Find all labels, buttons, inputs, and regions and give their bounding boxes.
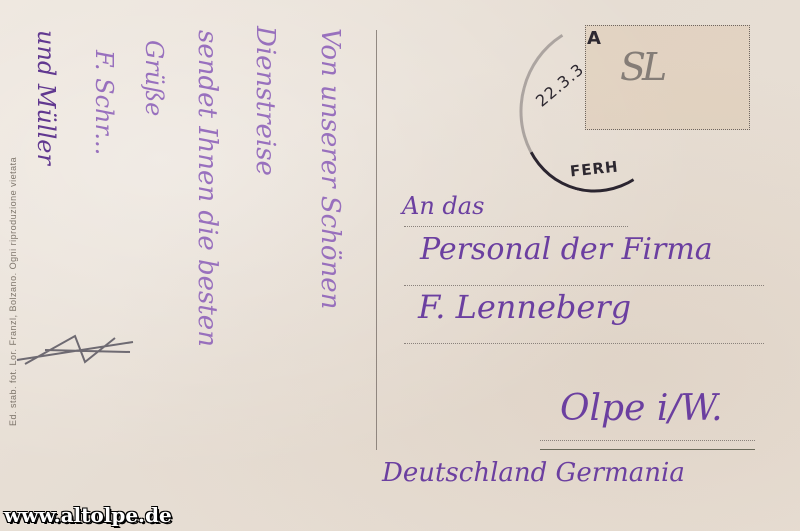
message-line-1: Von unserer Schönen: [315, 28, 345, 309]
address-line-4: Olpe i/W.: [560, 388, 723, 429]
address-line-1: An das: [402, 192, 484, 220]
center-divider-line: [376, 30, 377, 450]
postcard-back: Ed. stab. fot. Lor. Franzl, Bolzano. Ogn…: [0, 0, 800, 531]
address-line-3: F. Lenneberg: [418, 288, 631, 326]
address-rule-4: [540, 440, 755, 441]
message-line-4: Grüße: [140, 40, 168, 116]
message-line-2: Dienstreise: [250, 26, 280, 176]
postmark-top-text: A: [587, 28, 601, 49]
address-rule-3: [404, 343, 764, 344]
address-rule-2: [404, 285, 764, 286]
watermark-url: www.altolpe.de: [4, 503, 172, 527]
message-line-3: sendet Ihnen die besten: [192, 30, 222, 347]
signature-scribble-icon: [15, 330, 135, 370]
message-line-6: und Müller: [32, 30, 60, 165]
address-line-5: Deutschland Germania: [382, 458, 685, 488]
address-line-2: Personal der Firma: [420, 232, 713, 267]
message-line-5: F. Schr...: [90, 50, 118, 155]
address-rule-1: [404, 226, 628, 227]
address-rule-underline: [540, 449, 755, 450]
